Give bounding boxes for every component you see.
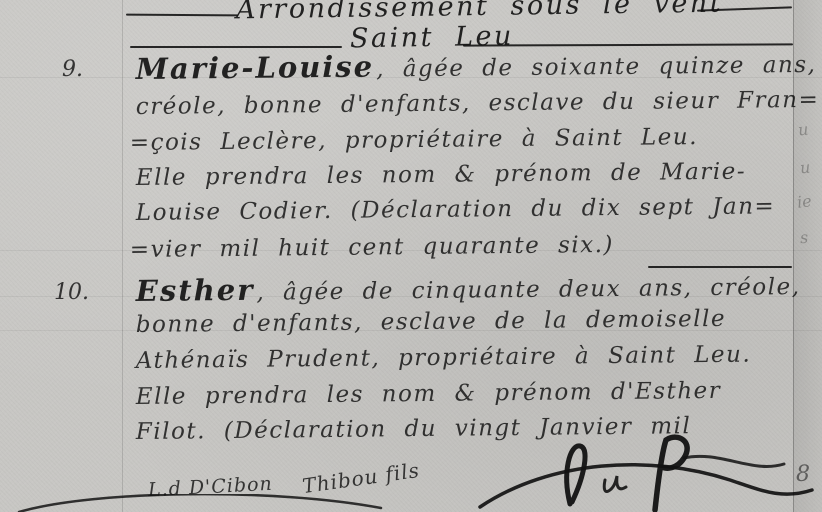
show-through-text: u	[797, 120, 809, 140]
commune-rule-left	[130, 46, 342, 48]
entry-line: Marie-Louise, âgée de soixante quinze an…	[136, 45, 817, 86]
entry-line: Elle prendra les nom & prénom d'Esther	[136, 378, 722, 410]
freed-person-name: Esther	[136, 273, 255, 308]
show-through-mark: 8	[796, 462, 810, 487]
show-through-text: s	[799, 228, 809, 248]
entry-line: Esther, âgée de cinquante deux ans, créo…	[136, 267, 801, 308]
entry-number: 10.	[54, 280, 89, 305]
freed-person-name: Marie-Louise	[136, 50, 375, 86]
entry-number: 9.	[62, 57, 83, 82]
entry-line: =çois Leclère, propriétaire à Saint Leu.	[130, 124, 698, 156]
header-rule-left	[126, 14, 238, 17]
signature-flourish-icon	[420, 432, 820, 512]
page-fold-edge: u u ie s 8	[793, 0, 822, 512]
entry-line: Louise Codier. (Déclaration du dix sept …	[136, 193, 776, 226]
entry-line-text: , âgée de soixante quinze ans,	[376, 52, 817, 83]
show-through-text: ie	[796, 191, 813, 212]
entry-line-text: , âgée de cinquante deux ans, créole,	[256, 274, 800, 306]
flourish-arc-icon	[15, 494, 385, 512]
show-through-text: u	[799, 158, 811, 178]
entry-line: =vier mil huit cent quarante six.)	[130, 232, 614, 263]
register-page-scan: Arrondissement sous le vent Saint Leu 9.…	[0, 0, 822, 512]
entry-line: créole, bonne d'enfants, esclave du sieu…	[136, 87, 820, 120]
entry-line: Elle prendra les nom & prénom de Marie-	[136, 159, 746, 191]
signature-middle: Thibou fils	[301, 458, 421, 498]
entry-line: bonne d'enfants, esclave de la demoisell…	[136, 306, 726, 338]
entry-line: Athénaïs Prudent, propriétaire à Saint L…	[136, 342, 752, 374]
